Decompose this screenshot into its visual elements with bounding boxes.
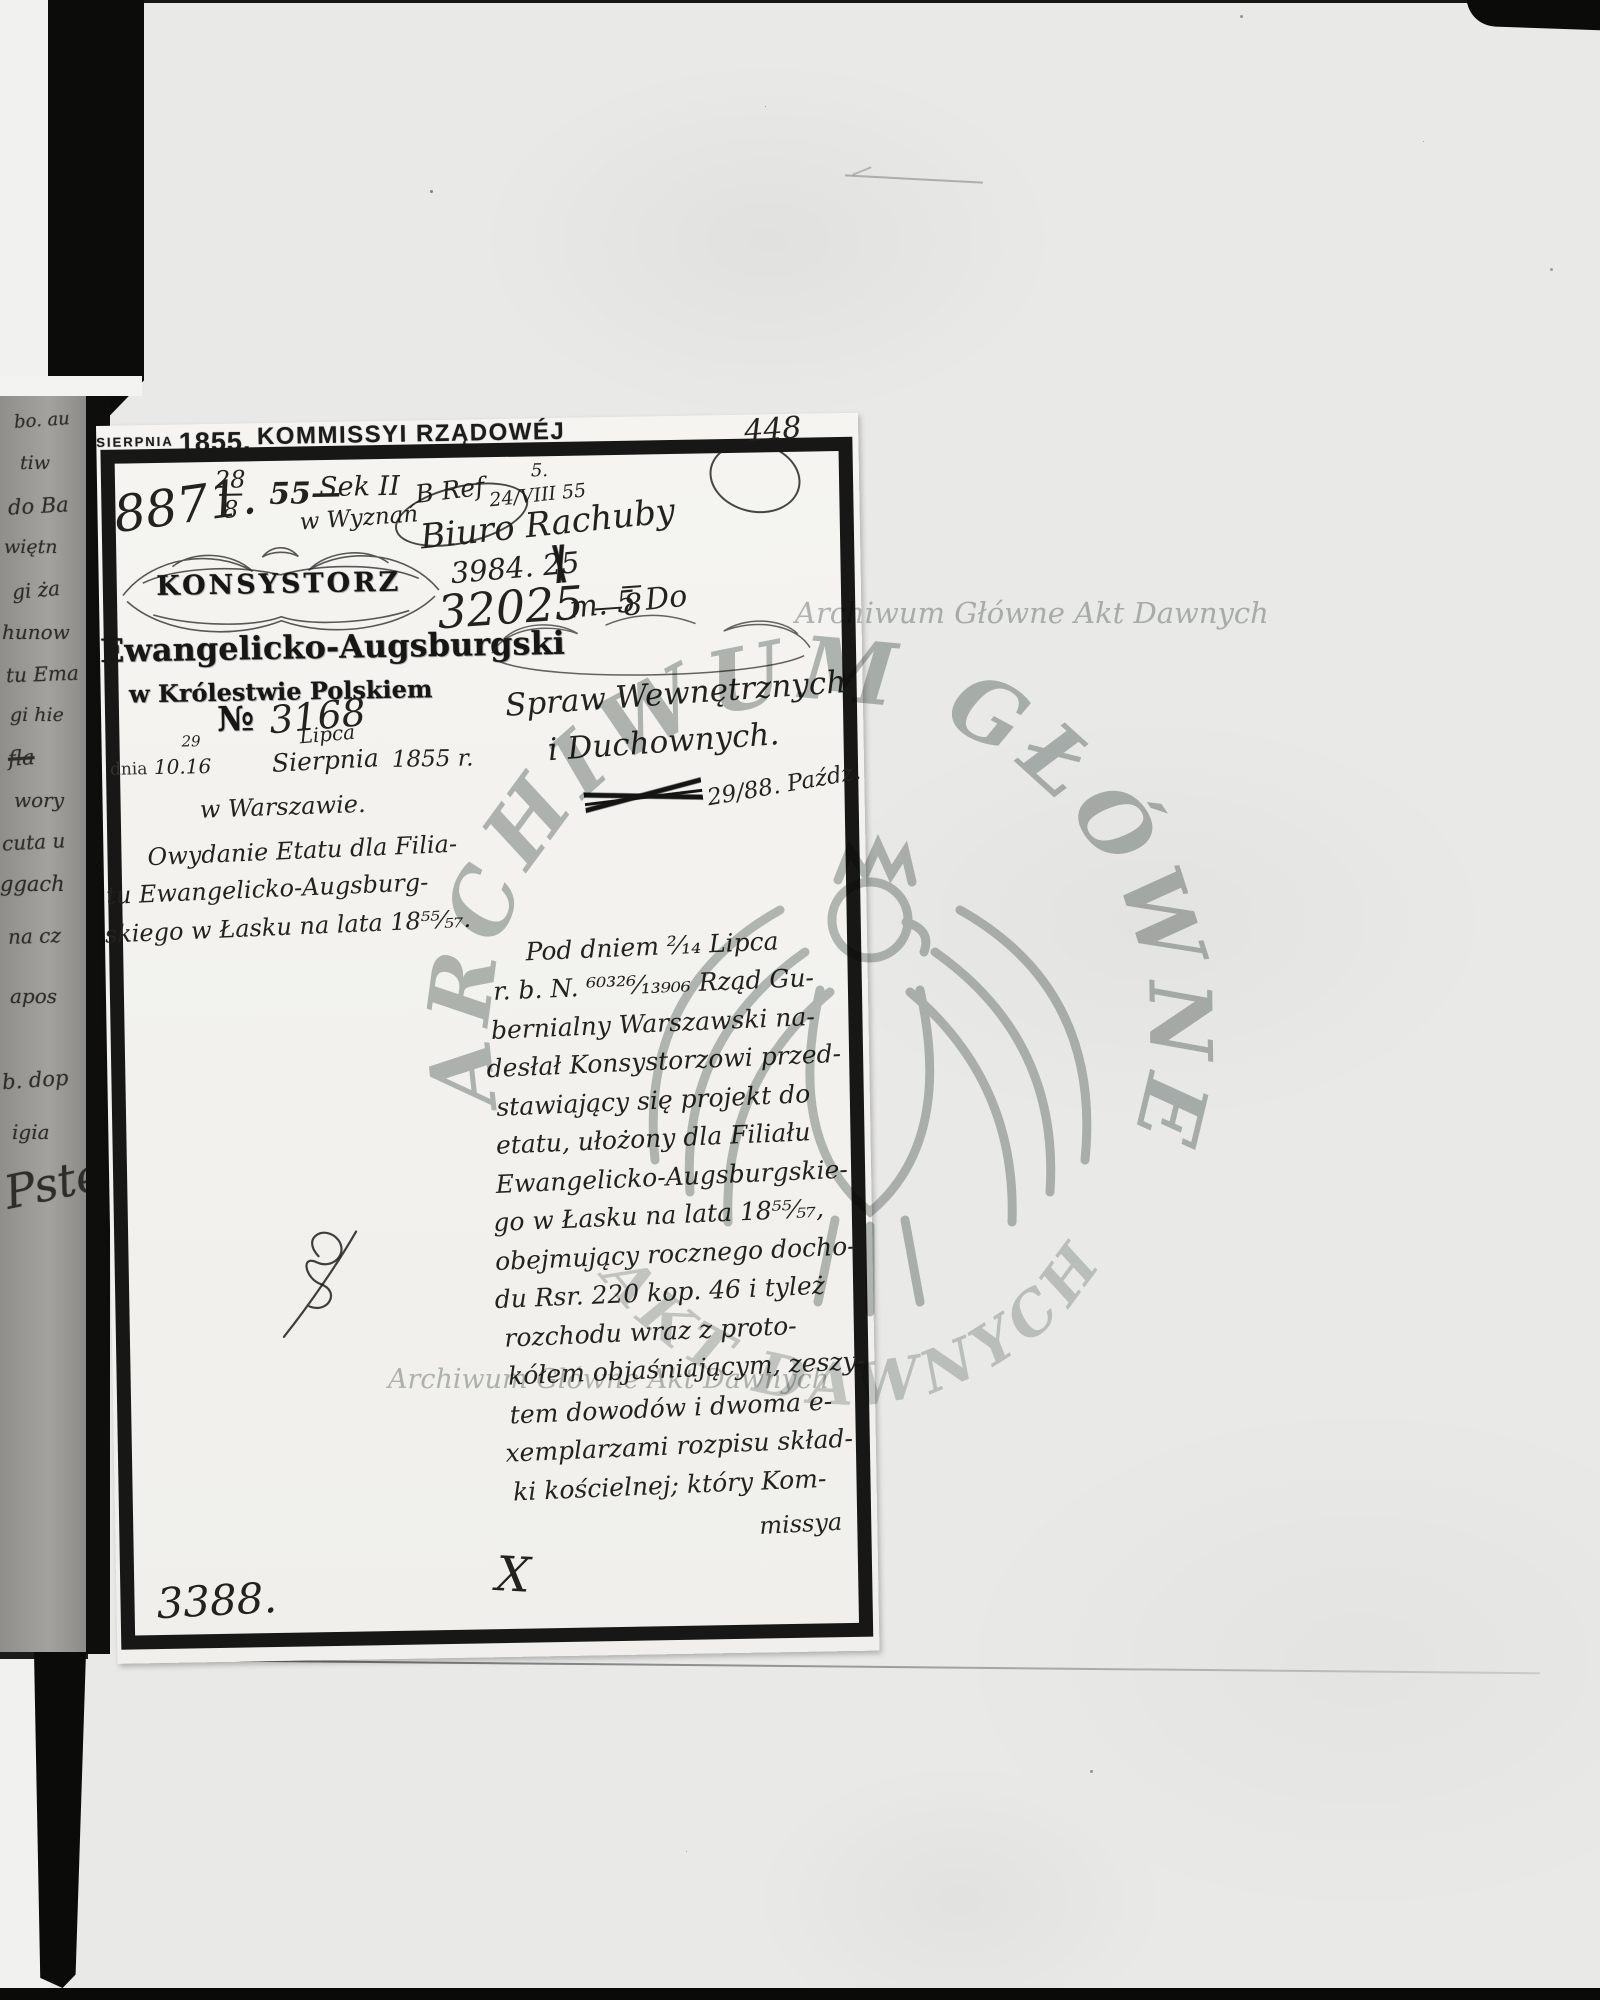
previous-page-fragment: więtn	[4, 536, 57, 558]
pencil-mark	[845, 174, 983, 183]
body-line: etatu, ułożony dla Filiału	[495, 1117, 811, 1160]
pencil-mark	[852, 166, 871, 175]
body-line: desłał Konsystorzowi przed-	[486, 1039, 842, 1083]
body-line: bernialny Warszawski na-	[490, 1002, 815, 1045]
archive-watermark-text: Archiwum Główne Akt Dawnych	[795, 596, 1269, 630]
side-number: 448	[743, 410, 803, 449]
previous-page-fragment: do Ba	[7, 492, 69, 519]
body-line: stawiający się projekt do	[496, 1079, 811, 1122]
body-line: obejmujący rocznego docho-	[494, 1231, 856, 1276]
previous-page-fragment: gi hie	[10, 704, 64, 726]
org-title: KONSYSTORZ	[139, 566, 419, 602]
date-month-bottom: Sierpnia	[271, 743, 379, 778]
scan-top-edge	[140, 0, 1470, 3]
previous-page-fragment: igia	[12, 1120, 50, 1144]
previous-page-fragment: cuta u	[1, 828, 65, 855]
scanned-document-page: bo. au tiw do Ba więtn gi ża hunow tu Em…	[0, 0, 1600, 2000]
fraction-numerator: 28	[215, 465, 246, 494]
previous-page-fragment: wory	[14, 788, 64, 812]
previous-page-fragment: tiw	[20, 452, 50, 474]
previous-page-fragment: gi ża	[11, 576, 61, 604]
registry-date-fraction: 28 8	[215, 465, 247, 524]
previous-page-fragment: tu Ema	[6, 661, 80, 688]
document-page: 8871. 28 8 55— Sek II w Wyznań B Ref 5. …	[96, 413, 879, 1664]
small-five-note: 5.	[531, 460, 549, 481]
body-line: Ewangelicko-Augsburgskie-	[495, 1155, 848, 1199]
previous-page-fragment: apos	[10, 984, 57, 1008]
previous-page-fragment: na cz	[8, 923, 62, 949]
body-line: kółem objaśniającym, zeszy-	[507, 1346, 865, 1391]
previous-page-fragment: fla	[7, 745, 35, 771]
previous-page-fragment: Pste	[0, 1146, 88, 1219]
binding-black-bar-top	[48, 0, 144, 418]
body-line: tem dowodów i dwoma e-	[509, 1386, 833, 1429]
body-line: xemplarzami rozpisu skład-	[505, 1424, 854, 1468]
catchword: missya	[759, 1508, 843, 1540]
previous-page-fragment: bo. au	[13, 408, 70, 433]
page-bottom-shadow-line	[240, 1660, 1540, 1674]
document-number-label: №	[217, 699, 255, 740]
body-line: rozchodu wraz z proto-	[504, 1311, 797, 1353]
date-label: dnia	[110, 759, 148, 780]
fraction-denominator: 8	[219, 493, 243, 523]
date-day-crossed: 10.16	[154, 754, 212, 779]
binding-black-strip-bottom	[34, 1652, 86, 1988]
date-year: 1855 r.	[392, 745, 474, 772]
body-line: r. b. N. ⁶⁰³²⁶⁄₁₃₉₀₆ Rząd Gu-	[493, 963, 815, 1006]
previous-page-fragment: ggach	[0, 872, 65, 896]
body-line: ki kościelnej; który Kom-	[513, 1464, 827, 1507]
page-edge-white-band	[0, 376, 142, 396]
previous-page-fragment: hunow	[2, 620, 70, 644]
body-line: go w Łasku na lata 18⁵⁵⁄₅₇,	[493, 1194, 825, 1237]
scan-bottom-bar	[0, 1988, 1600, 2000]
dust-specks	[430, 190, 433, 193]
stamp-month: SIERPNIA	[96, 434, 173, 450]
previous-page-fragment: b. dop	[1, 1066, 69, 1095]
body-text: Pod dniem ²⁄₁₄ Lipca r. b. N. ⁶⁰³²⁶⁄₁₃₉₀…	[481, 924, 861, 1579]
body-line: du Rsr. 220 kop. 46 i tyleż	[494, 1271, 825, 1314]
date-day-alt: 29	[181, 732, 200, 750]
check-mark: X	[495, 1546, 532, 1604]
previous-page: bo. au tiw do Ba więtn gi ża hunow tu Em…	[0, 396, 88, 1659]
footer-number: 3388.	[155, 1573, 278, 1628]
section-note: Sek II	[319, 471, 400, 503]
paraph-mark	[260, 1217, 382, 1349]
org-title-line2: Ewangelicko-Augsburgski	[100, 626, 461, 670]
scan-top-right-blob	[1465, 0, 1600, 30]
